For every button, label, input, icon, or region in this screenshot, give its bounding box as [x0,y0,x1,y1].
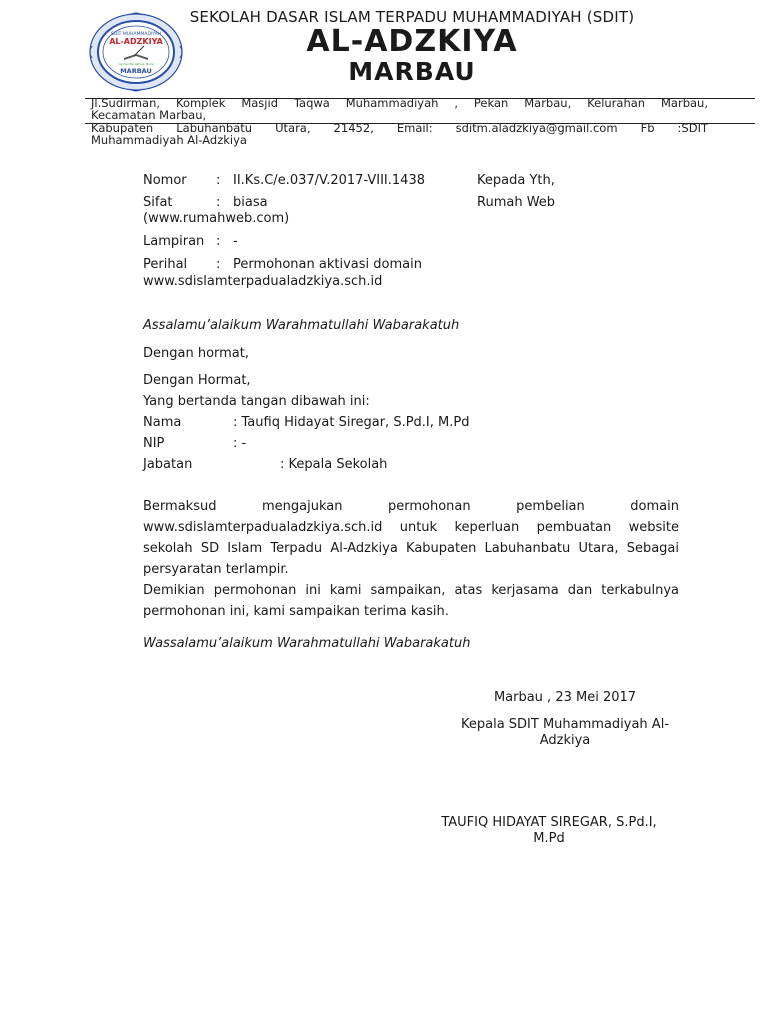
request-paragraph: Bermaksud mengajukan permohonan pembelia… [143,496,679,622]
signatory-name-line-2: M.Pd [424,831,674,847]
signatory-position-line-2: Adzkiya [440,733,690,749]
sifat-label: Sifat [143,195,173,211]
perihal-label: Perihal [143,257,187,273]
signatory-intro: Yang bertanda tangan dibawah ini: [143,394,370,410]
recipient-line-1: Kepada Yth, [477,173,555,189]
address-line-4: Muhammadiyah Al-Adzkiya [91,134,708,147]
request-line-4: persyaratan terlampir. [143,559,679,580]
nip-label: NIP [143,436,164,452]
perihal-sep: : [216,257,220,273]
signatory-name-line-1: TAUFIQ HIDAYAT SIREGAR, S.Pd.I, [424,815,674,831]
school-name-heading: AL-ADZKIYA [0,24,768,59]
closing-line-1: Demikian permohonan ini kami sampaikan, … [143,580,679,601]
opening-salutation: Assalamu’alaikum Warahmatullahi Wabaraka… [143,318,459,334]
lampiran-label: Lampiran [143,234,204,250]
nomor-sep: : [216,173,220,189]
perihal-continuation: www.sdislamterpadualadzkiya.sch.id [143,274,382,290]
closing-line-2: permohonan ini, kami sampaikan terima ka… [143,601,679,622]
recipient-line-2: Rumah Web [477,195,555,211]
closing-salutation: Wassalamu’alaikum Warahmatullahi Wabarak… [143,636,470,652]
nomor-value: II.Ks.C/e.037/V.2017-VIII.1438 [233,173,425,189]
greeting-2: Dengan Hormat, [143,373,251,389]
nip-value: : - [233,436,246,452]
nomor-label: Nomor [143,173,187,189]
greeting-1: Dengan hormat, [143,346,249,362]
perihal-value: Permohonan aktivasi domain [233,257,422,273]
request-line-1: Bermaksud mengajukan permohonan pembelia… [143,496,679,517]
school-location-heading: MARBAU [0,57,768,86]
lampiran-value: - [233,234,238,250]
jabatan-label: Jabatan [143,457,192,473]
place-date: Marbau , 23 Mei 2017 [440,690,690,706]
sifat-continuation: (www.rumahweb.com) [143,211,289,227]
signatory-position-line-1: Kepala SDIT Muhammadiyah Al- [440,717,690,733]
sifat-value: biasa [233,195,268,211]
request-line-3: sekolah SD Islam Terpadu Al-Adzkiya Kabu… [143,538,679,559]
nama-value: : Taufiq Hidayat Siregar, S.Pd.I, M.Pd [233,415,469,431]
sifat-sep: : [216,195,220,211]
jabatan-value: : Kepala Sekolah [280,457,387,473]
lampiran-sep: : [216,234,220,250]
request-line-2: www.sdislamterpadualadzkiya.sch.id untuk… [143,517,679,538]
address-line-2: Kecamatan Marbau, [91,109,708,122]
nama-label: Nama [143,415,181,431]
